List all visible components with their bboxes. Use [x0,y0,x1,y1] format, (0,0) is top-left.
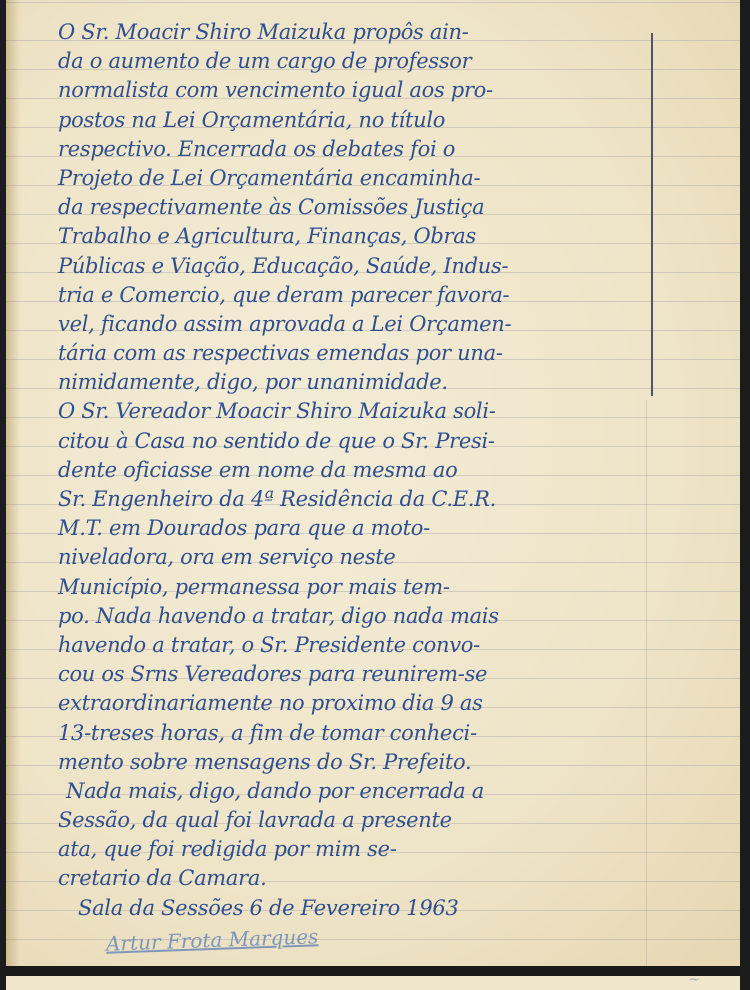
text-line: extraordinariamente no proximo dia 9 as [58,689,658,718]
text-line: po. Nada havendo a tratar, digo nada mai… [58,602,658,631]
text-line: 13-treses horas, a fim de tomar conheci- [58,719,658,748]
text-line: Trabalho e Agricultura, Finanças, Obras [58,222,658,251]
text-line: tria e Comercio, que deram parecer favor… [58,281,658,310]
text-line: O Sr. Moacir Shiro Maizuka propôs ain- [58,18,658,47]
text-line: vel, ficando assim aprovada a Lei Orçame… [58,310,658,339]
text-line: niveladora, ora em serviço neste [58,543,658,572]
text-line: M.T. em Dourados para que a moto- [58,514,658,543]
next-page-strip: ~ [6,976,740,990]
text-line: Públicas e Viação, Educação, Saúde, Indu… [58,252,658,281]
page-divider [0,966,750,976]
text-line: O Sr. Vereador Moacir Shiro Maizuka soli… [58,397,658,426]
text-line: dente oficiasse em nome da mesma ao [58,456,658,485]
text-line: tária com as respectivas emendas por una… [58,339,658,368]
closing-date-line: Sala da Sessões 6 de Fevereiro 1963 [58,894,658,923]
text-line: Sr. Engenheiro da 4ª Residência da C.E.R… [58,485,658,514]
text-line: da o aumento de um cargo de professor [58,47,658,76]
text-line: mento sobre mensagens do Sr. Prefeito. [58,748,658,777]
text-line: nimidamente, digo, por unanimidade. [58,368,658,397]
text-line: citou à Casa no sentido de que o Sr. Pre… [58,427,658,456]
text-line: respectivo. Encerrada os debates foi o [58,135,658,164]
text-line: da respectivamente às Comissões Justiça [58,193,658,222]
text-line: cretario da Camara. [58,864,658,893]
handwritten-text: O Sr. Moacir Shiro Maizuka propôs ain- d… [58,18,658,923]
manuscript-page: O Sr. Moacir Shiro Maizuka propôs ain- d… [6,0,740,966]
text-line: cou os Srns Vereadores para reunirem-se [58,660,658,689]
text-line: postos na Lei Orçamentária, no título [58,106,658,135]
text-line: normalista com vencimento igual aos pro- [58,76,658,105]
text-line: havendo a tratar, o Sr. Presidente convo… [58,631,658,660]
scan-border [740,0,750,990]
text-line: ata, que foi redigida por mim se- [58,835,658,864]
text-line: Projeto de Lei Orçamentária encaminha- [58,164,658,193]
text-line: Sessão, da qual foi lavrada a presente [58,806,658,835]
text-line: Município, permanessa por mais tem- [58,573,658,602]
text-line: Nada mais, digo, dando por encerrada a [58,777,658,806]
next-page-signature-fragment: ~ [688,972,700,988]
